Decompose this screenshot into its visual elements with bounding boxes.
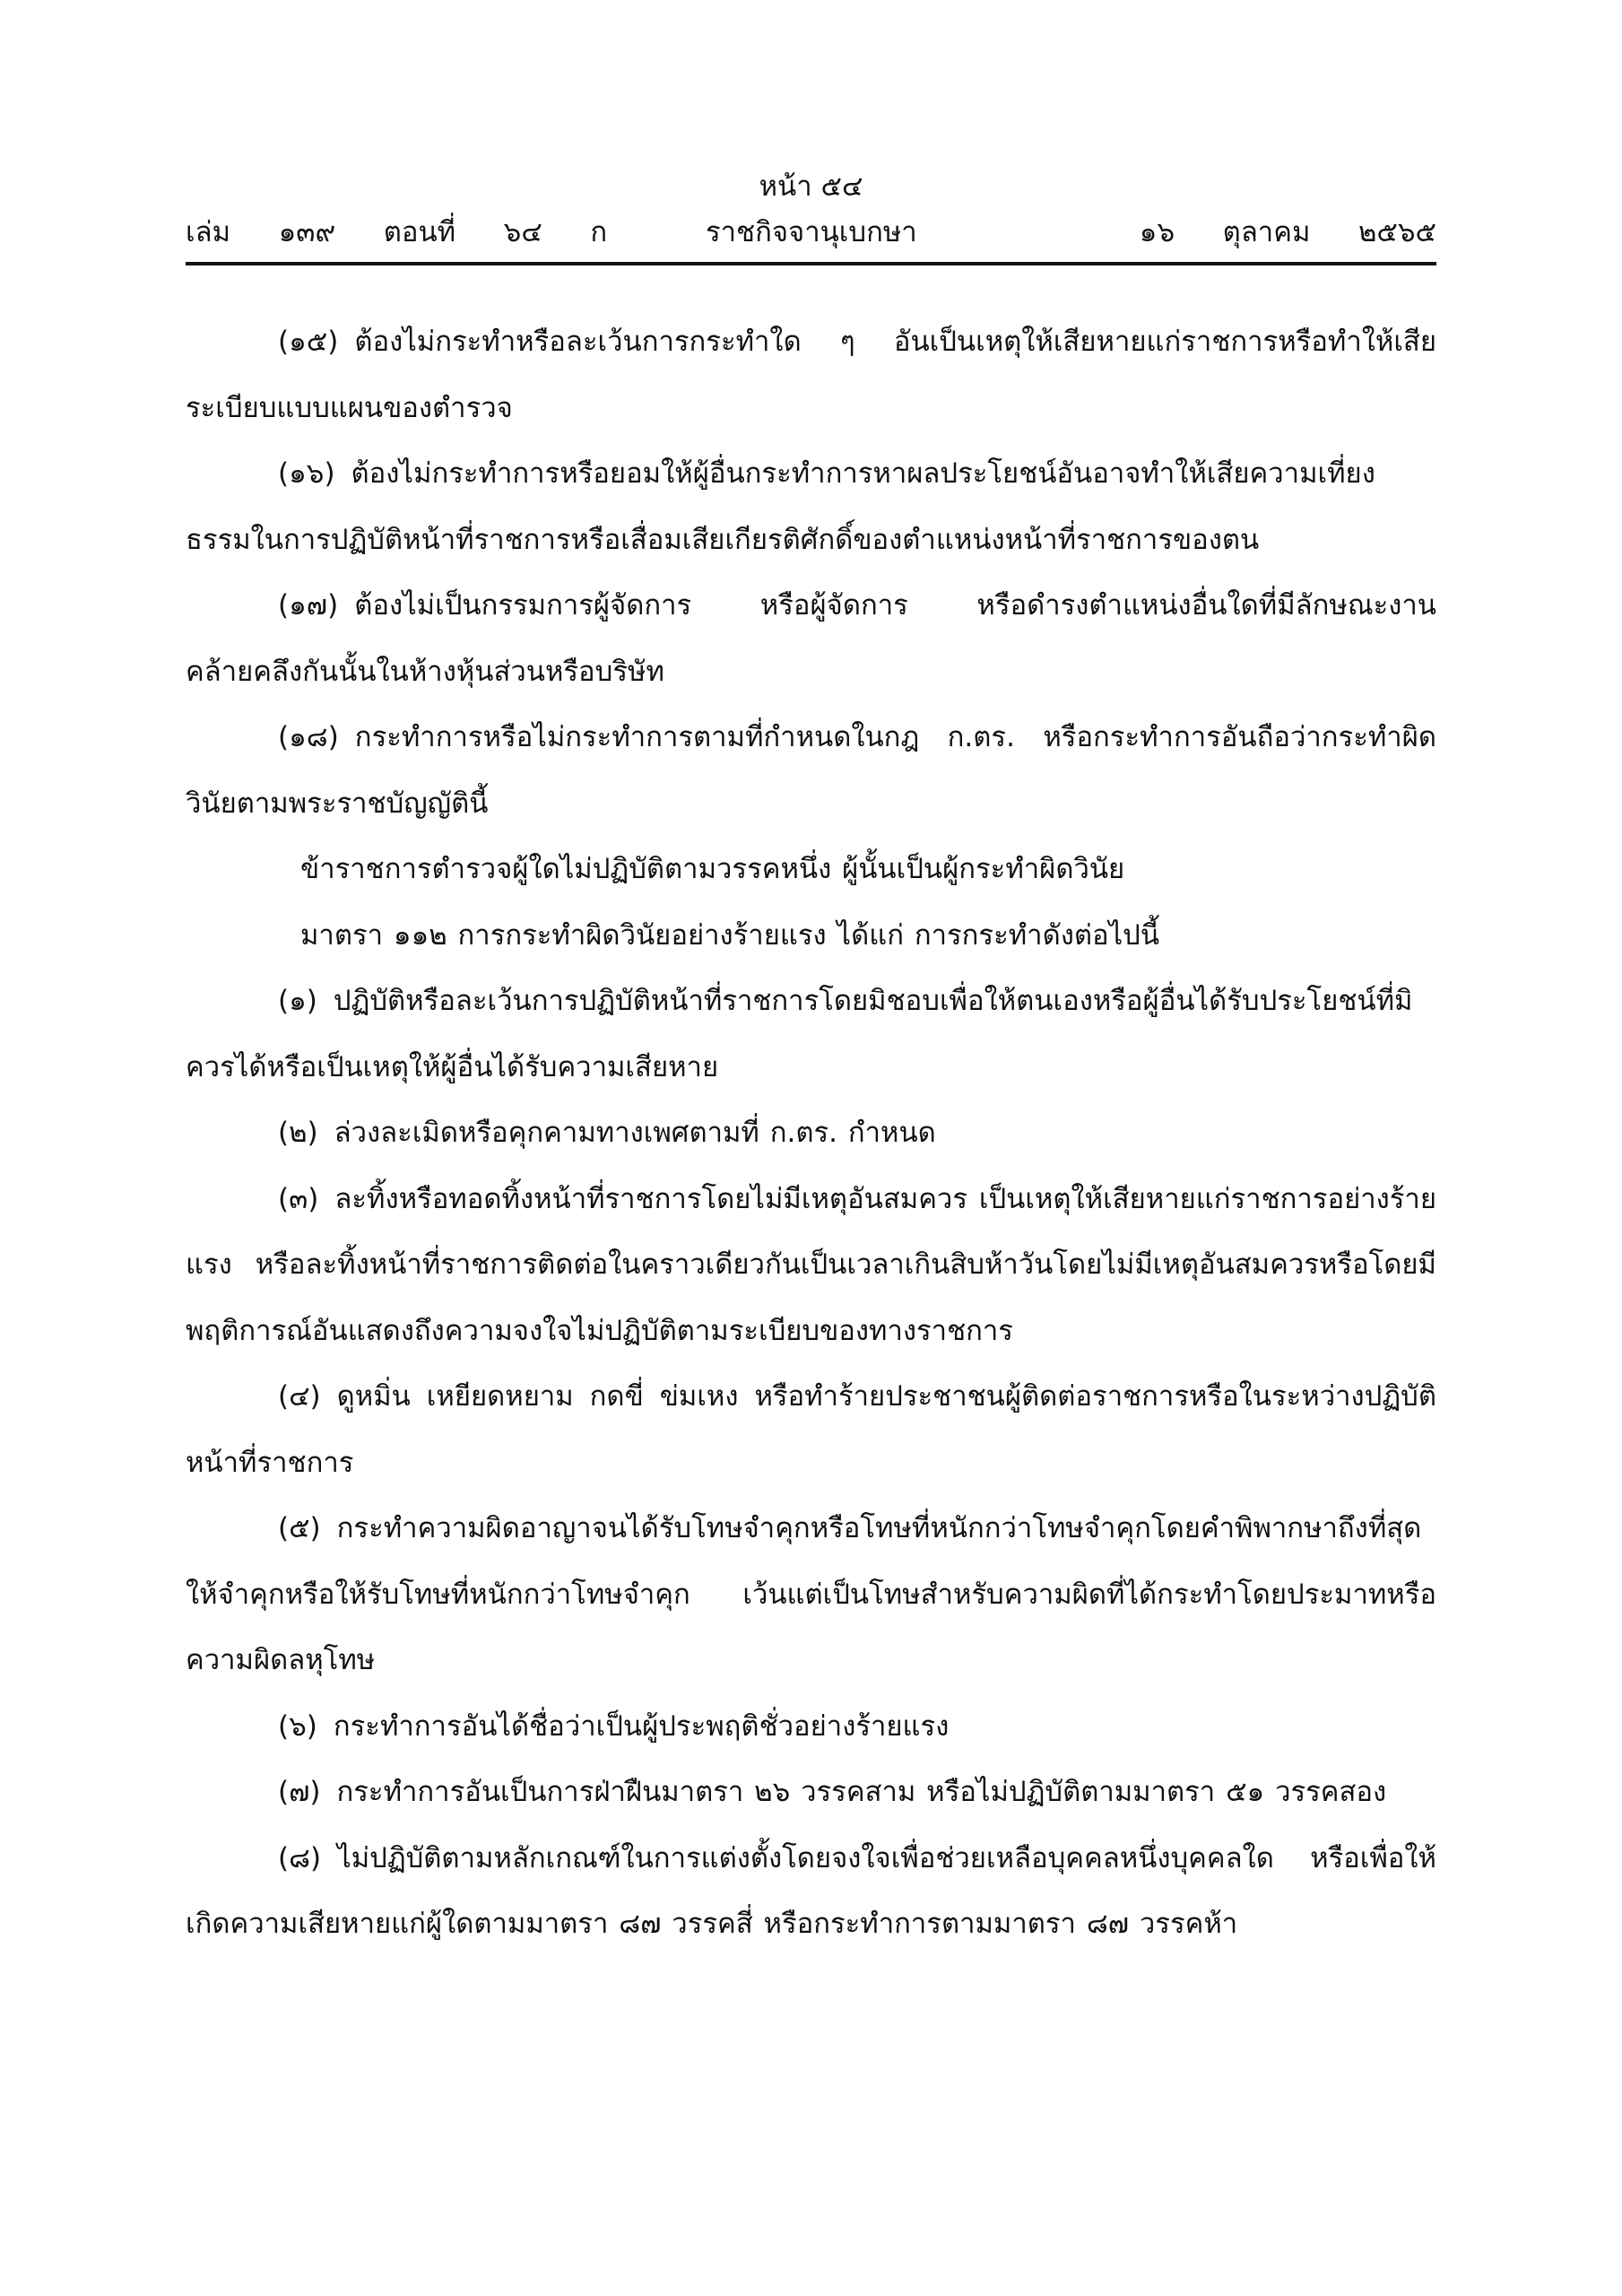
clause-number: (๕) <box>278 1512 321 1544</box>
clause-number: (๗) <box>278 1776 321 1808</box>
document-body: (๑๕)ต้องไม่กระทำหรือละเว้นการกระทำใด ๆ อ… <box>186 309 1436 1958</box>
gazette-header: เล่ม ๑๓๙ ตอนที่ ๖๔ ก ราชกิจจานุเบกษา ๑๖ … <box>186 213 1436 252</box>
volume-issue: เล่ม ๑๓๙ ตอนที่ ๖๔ ก <box>186 213 607 252</box>
clause-number: (๖) <box>278 1710 317 1743</box>
section-text: มาตรา ๑๑๒ การกระทำผิดวินัยอย่างร้ายแรง ไ… <box>300 919 1159 952</box>
clause-15: (๑๕)ต้องไม่กระทำหรือละเว้นการกระทำใด ๆ อ… <box>186 309 1436 441</box>
page-number: หน้า ๕๔ <box>0 169 1622 204</box>
clause-text: ดูหมิ่น เหยียดหยาม กดขี่ ข่มเหง หรือทำร้… <box>186 1380 1436 1479</box>
clause-text: กระทำการอันได้ชื่อว่าเป็นผู้ประพฤติชั่วอ… <box>334 1710 949 1743</box>
clause-number: (๑๘) <box>278 721 339 753</box>
clause-8: (๘)ไม่ปฏิบัติตามหลักเกณฑ์ในการแต่งตั้งโด… <box>186 1826 1436 1958</box>
clause-text: กระทำความผิดอาญาจนได้รับโทษจำคุกหรือโทษท… <box>186 1512 1436 1676</box>
clause-number: (๑๗) <box>278 589 338 622</box>
clause-text: กระทำการหรือไม่กระทำการตามที่กำหนดในกฎ ก… <box>186 721 1436 820</box>
clause-7: (๗)กระทำการอันเป็นการฝ่าฝืนมาตรา ๒๖ วรรค… <box>186 1760 1436 1826</box>
clause-number: (๒) <box>278 1117 318 1149</box>
clause-text: กระทำการอันเป็นการฝ่าฝืนมาตรา ๒๖ วรรคสาม… <box>337 1776 1387 1808</box>
clause-3: (๓)ละทิ้งหรือทอดทิ้งหน้าที่ราชการโดยไม่ม… <box>186 1167 1436 1365</box>
clause-number: (๑๕) <box>278 326 338 358</box>
section-112-heading: มาตรา ๑๑๒ การกระทำผิดวินัยอย่างร้ายแรง ไ… <box>186 903 1436 970</box>
clause-1: (๑)ปฏิบัติหรือละเว้นการปฏิบัติหน้าที่ราช… <box>186 969 1436 1100</box>
clause-text: ไม่ปฏิบัติตามหลักเกณฑ์ในการแต่งตั้งโดยจง… <box>186 1842 1436 1941</box>
clause-text: ต้องไม่กระทำการหรือยอมให้ผู้อื่นกระทำการ… <box>186 457 1375 556</box>
clause-number: (๔) <box>278 1380 321 1413</box>
header-divider <box>186 262 1436 265</box>
clause-17: (๑๗)ต้องไม่เป็นกรรมการผู้จัดการ หรือผู้จ… <box>186 573 1436 705</box>
clause-text: ต้องไม่กระทำหรือละเว้นการกระทำใด ๆ อันเป… <box>186 326 1436 424</box>
clause-5: (๕)กระทำความผิดอาญาจนได้รับโทษจำคุกหรือโ… <box>186 1496 1436 1694</box>
clause-2: (๒)ล่วงละเมิดหรือคุกคามทางเพศตามที่ ก.ตร… <box>186 1100 1436 1167</box>
clause-number: (๘) <box>278 1842 321 1874</box>
publication-date: ๑๖ ตุลาคม ๒๕๖๕ <box>1140 213 1436 252</box>
clause-text: ปฏิบัติหรือละเว้นการปฏิบัติหน้าที่ราชการ… <box>186 985 1412 1083</box>
clause-number: (๑๖) <box>278 457 335 490</box>
clause-text: ล่วงละเมิดหรือคุกคามทางเพศตามที่ ก.ตร. ก… <box>334 1117 936 1149</box>
clause-number: (๓) <box>278 1183 318 1215</box>
clause-4: (๔)ดูหมิ่น เหยียดหยาม กดขี่ ข่มเหง หรือท… <box>186 1364 1436 1496</box>
clause-number: (๑) <box>278 985 317 1017</box>
clause-text: ละทิ้งหรือทอดทิ้งหน้าที่ราชการโดยไม่มีเห… <box>186 1183 1436 1347</box>
clause-text: ต้องไม่เป็นกรรมการผู้จัดการ หรือผู้จัดกา… <box>186 589 1436 688</box>
clause-6: (๖)กระทำการอันได้ชื่อว่าเป็นผู้ประพฤติชั… <box>186 1694 1436 1761</box>
publication-title: ราชกิจจานุเบกษา <box>706 213 917 252</box>
clause-18: (๑๘)กระทำการหรือไม่กระทำการตามที่กำหนดใน… <box>186 705 1436 837</box>
paragraph-penalty-note: ข้าราชการตำรวจผู้ใดไม่ปฏิบัติตามวรรคหนึ่… <box>186 837 1436 903</box>
clause-16: (๑๖)ต้องไม่กระทำการหรือยอมให้ผู้อื่นกระท… <box>186 441 1436 573</box>
paragraph-text: ข้าราชการตำรวจผู้ใดไม่ปฏิบัติตามวรรคหนึ่… <box>300 853 1124 885</box>
